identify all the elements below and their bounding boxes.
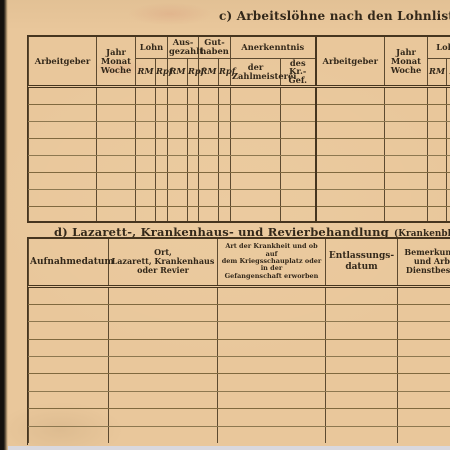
table-row — [29, 173, 450, 190]
col-anerkenntnis: Anerkenntnis — [231, 37, 316, 58]
table-row — [29, 105, 450, 122]
table-row — [29, 374, 450, 391]
table-row — [29, 322, 450, 339]
table-row — [29, 426, 450, 443]
col-lohn-2-rm: RM — [428, 58, 447, 87]
col-anerkenntnis-zahlmeisterei: der Zahlmeisterei — [231, 58, 281, 87]
col-entlassungsdatum: Entlassungs- datum — [326, 239, 398, 286]
table-row — [29, 139, 450, 156]
col-lohn: Lohn — [136, 37, 168, 58]
hospital-table: Aufnahmedatum Ort, Lazarett, Krankenhaus… — [28, 239, 450, 443]
section-c-title: c) Arbeitslöhne nach den Lohnlisten — [219, 9, 450, 23]
col-ort-lazarett: Ort, Lazarett, Krankenhaus oder Revier — [109, 239, 218, 286]
col-art-der-krankheit: Art der Krankheit und ob auf dem Kriegss… — [218, 239, 326, 286]
col-aufnahmedatum: Aufnahmedatum — [29, 239, 109, 286]
col-guthaben-rpf: Rpf — [219, 58, 231, 87]
table-row — [29, 122, 450, 139]
col-lohn-rm: RM — [136, 58, 156, 87]
table-row — [29, 391, 450, 408]
wage-table: Arbeitgeber Jahr Monat Woche Lohn Aus- g… — [28, 37, 450, 223]
col-lohn-rpf: Rpf — [156, 58, 168, 87]
col-guthaben-rm: RM — [199, 58, 219, 87]
col-lohn-2: Lohn — [428, 37, 450, 58]
wage-table-wrapper: Arbeitgeber Jahr Monat Woche Lohn Aus- g… — [27, 35, 450, 223]
col-jahr-monat-woche: Jahr Monat Woche — [97, 37, 136, 87]
col-guthaben: Gut- haben — [199, 37, 231, 58]
col-arbeitgeber-2: Arbeitgeber — [316, 37, 385, 87]
table-row — [29, 409, 450, 426]
scan-edge-left — [0, 0, 8, 450]
col-lohn-2-rpf: Rpf — [447, 58, 450, 87]
col-ausgezahlt-rpf: Rpf — [188, 58, 199, 87]
hospital-table-wrapper: Aufnahmedatum Ort, Lazarett, Krankenhaus… — [27, 237, 450, 445]
col-bemerkungen: Bemerkungen und Arbei Dienstbeschä — [398, 239, 450, 286]
scan-edge-bottom — [8, 446, 450, 450]
table-row — [29, 87, 450, 105]
col-ausgezahlt: Aus- gezahlt — [168, 37, 199, 58]
table-row — [29, 304, 450, 321]
table-row — [29, 190, 450, 207]
col-arbeitgeber: Arbeitgeber — [29, 37, 97, 87]
table-row — [29, 286, 450, 304]
table-row — [29, 156, 450, 173]
table-row — [29, 339, 450, 356]
col-ausgezahlt-rm: RM — [168, 58, 188, 87]
col-jahr-monat-woche-2: Jahr Monat Woche — [385, 37, 428, 87]
table-row — [29, 357, 450, 374]
scanned-record-card: { "document": { "section_c": { "title": … — [0, 0, 450, 450]
